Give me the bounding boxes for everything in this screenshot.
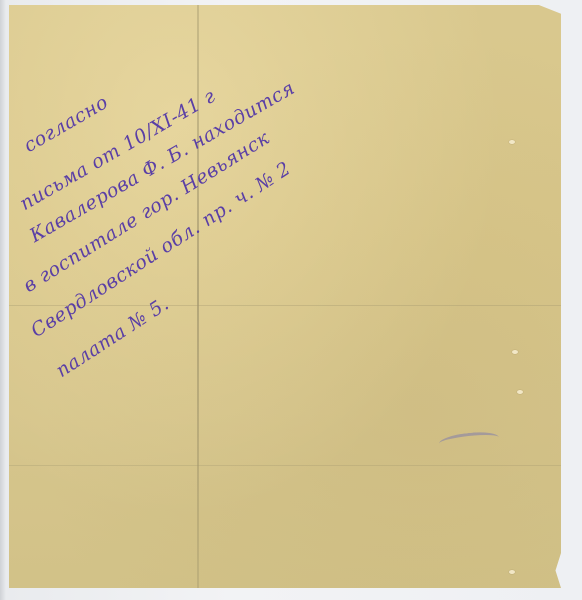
paper-hole (517, 390, 523, 394)
document-page: согласно письма от 10/XI-41 г Кавалерова… (9, 5, 561, 588)
paper-hole (512, 350, 518, 354)
paper-hole (509, 570, 515, 574)
handwriting-line-3: Кавалерова Ф. Б. находится (26, 77, 299, 247)
horizontal-fold-line-lower (9, 465, 561, 466)
ink-smudge (438, 430, 499, 451)
paper-hole (509, 140, 515, 144)
